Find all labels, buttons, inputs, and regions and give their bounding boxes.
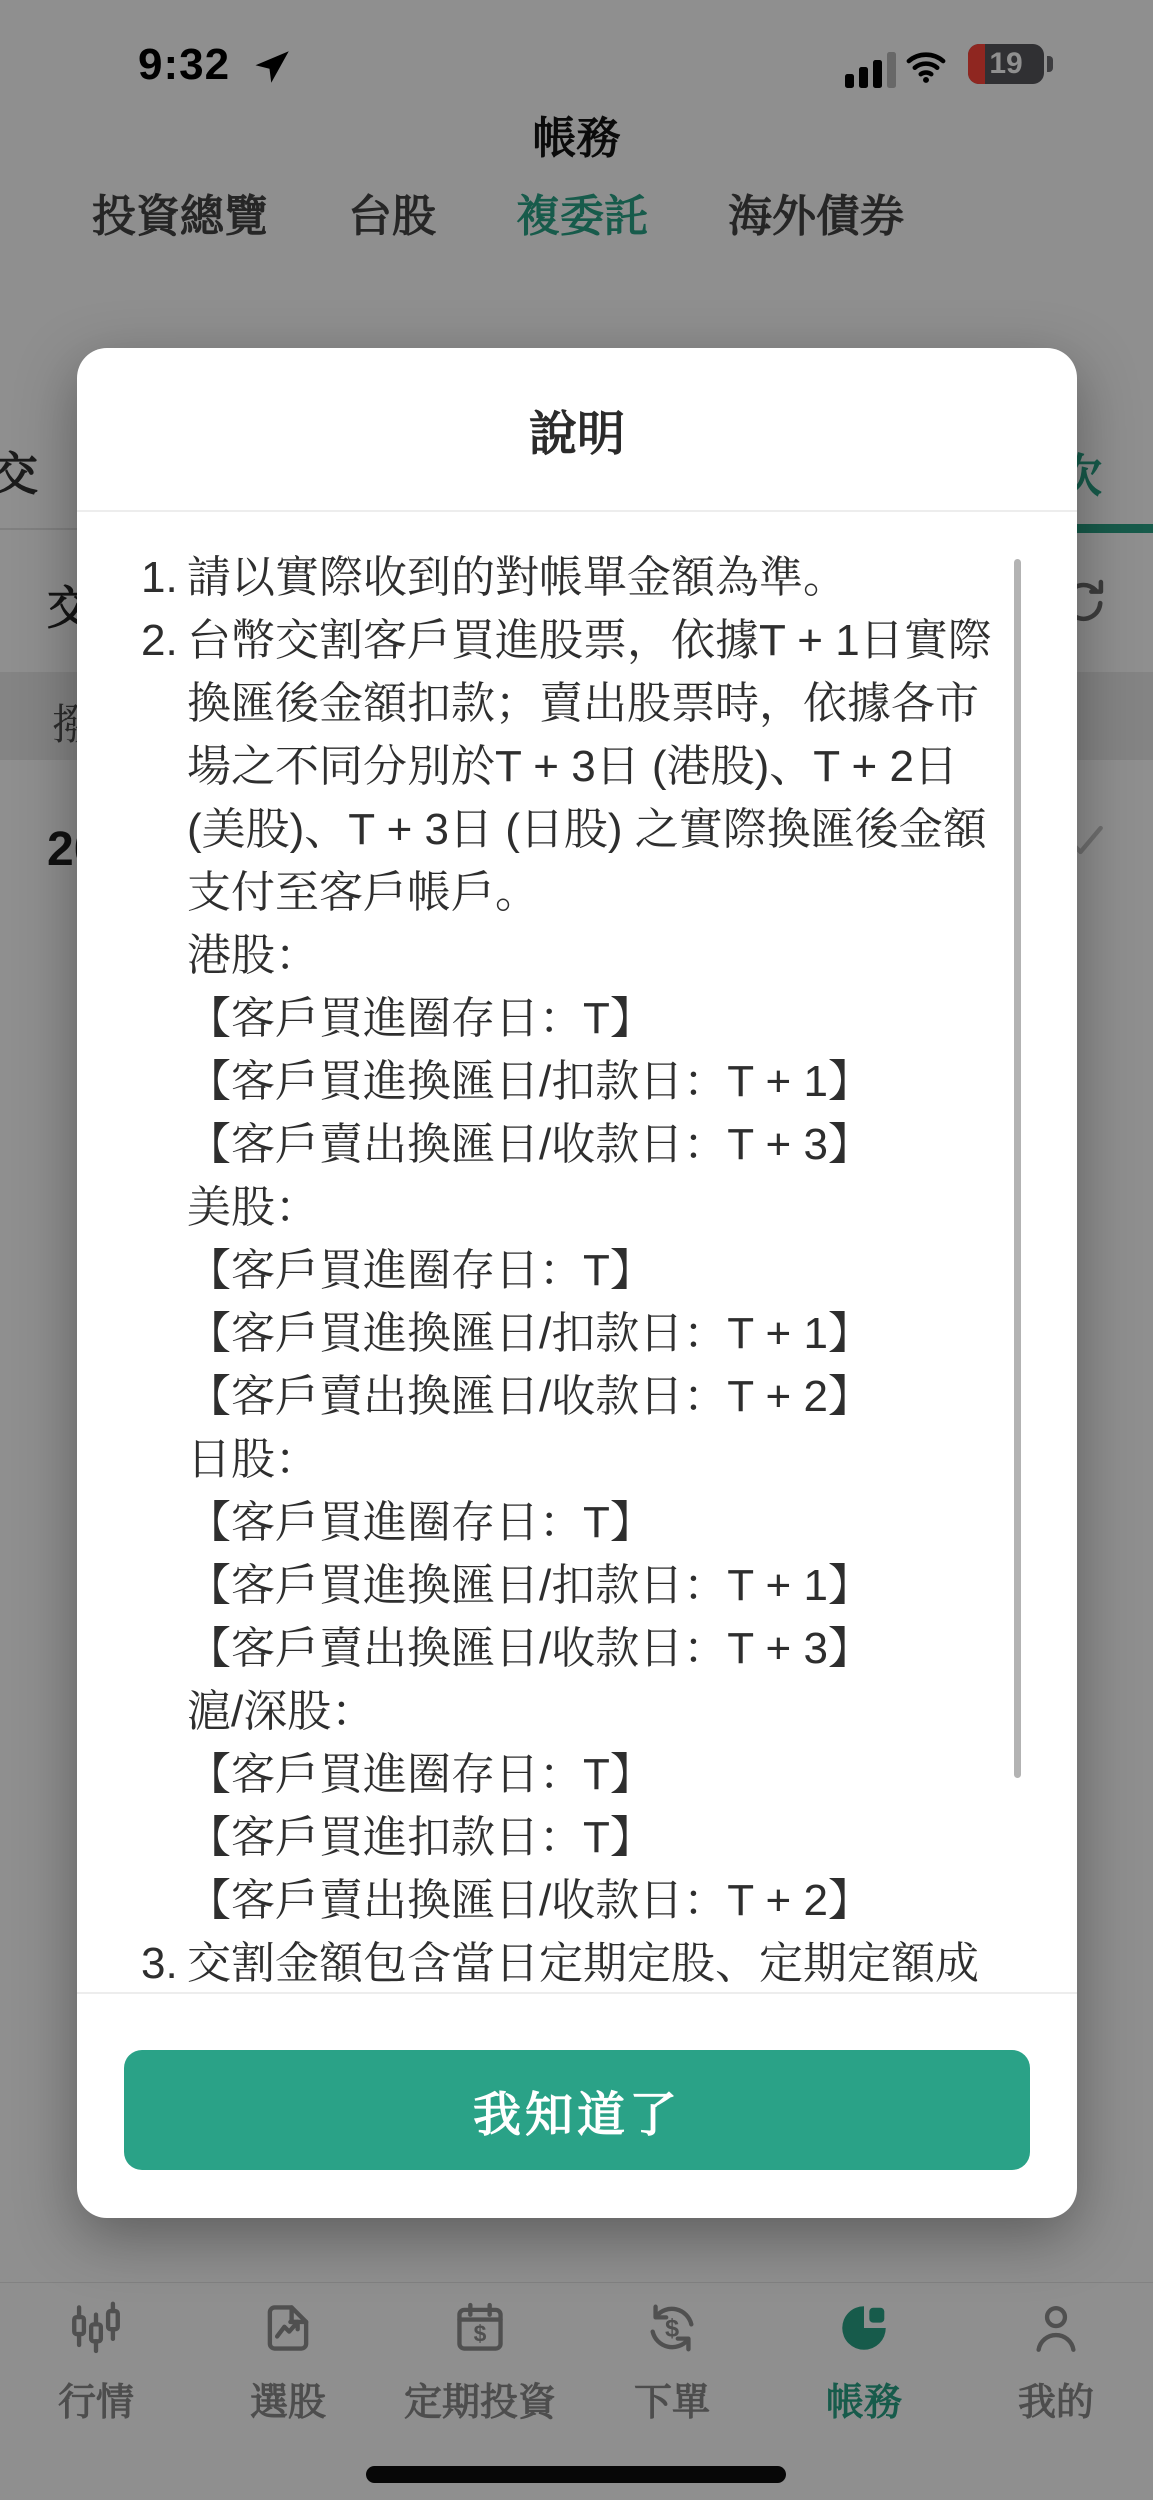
detail-line: 【客戶賣出換匯日/收款日：T + 3】 (187, 1617, 1011, 1680)
list-item-text: 交割金額包含當日定期定股、定期定額成交之交割金額。 (187, 1932, 1011, 1992)
modal-scrollbar[interactable] (1014, 559, 1021, 1778)
list-item: 1. 請以實際收到的對帳單金額為準。 (141, 546, 1011, 609)
explanation-modal: 說明 1. 請以實際收到的對帳單金額為準。 2. 台幣交割客戶買進股票，依據T … (77, 348, 1077, 2218)
detail-line: 【客戶賣出換匯日/收款日：T + 2】 (187, 1365, 1011, 1428)
list-item-text: 台幣交割客戶買進股票，依據T + 1日實際換匯後金額扣款；賣出股票時，依據各市場… (187, 609, 1011, 1932)
detail-line: 【客戶買進換匯日/扣款日：T + 1】 (187, 1302, 1011, 1365)
list-item-paragraph: 台幣交割客戶買進股票，依據T + 1日實際換匯後金額扣款；賣出股票時，依據各市場… (187, 609, 1011, 924)
detail-line: 【客戶賣出換匯日/收款日：T + 2】 (187, 1869, 1011, 1932)
detail-line: 美股： (187, 1176, 1011, 1239)
detail-line: 日股： (187, 1428, 1011, 1491)
list-item-number: 1. (141, 546, 187, 609)
detail-line: 【客戶買進換匯日/扣款日：T + 1】 (187, 1554, 1011, 1617)
detail-line: 【客戶買進圈存日：T】 (187, 1743, 1011, 1806)
detail-line: 【客戶買進換匯日/扣款日：T + 1】 (187, 1050, 1011, 1113)
detail-line: 【客戶買進扣款日：T】 (187, 1806, 1011, 1869)
detail-line: 【客戶買進圈存日：T】 (187, 987, 1011, 1050)
list-item-number: 3. (141, 1932, 187, 1992)
detail-line: 滬/深股： (187, 1680, 1011, 1743)
modal-title: 說明 (529, 395, 625, 464)
detail-line: 【客戶買進圈存日：T】 (187, 1491, 1011, 1554)
detail-line: 【客戶買進圈存日：T】 (187, 1239, 1011, 1302)
list-item-text: 請以實際收到的對帳單金額為準。 (187, 546, 1011, 609)
screen: 9:32 19 帳務 投資總覽 台股 複委託 (0, 0, 1153, 2500)
modal-header: 說明 (77, 348, 1077, 512)
detail-line: 【客戶賣出換匯日/收款日：T + 3】 (187, 1113, 1011, 1176)
list-item: 3. 交割金額包含當日定期定股、定期定額成交之交割金額。 (141, 1932, 1011, 1992)
list-item-number: 2. (141, 609, 187, 1932)
confirm-button[interactable]: 我知道了 (124, 2050, 1030, 2170)
list-item: 2. 台幣交割客戶買進股票，依據T + 1日實際換匯後金額扣款；賣出股票時，依據… (141, 609, 1011, 1932)
modal-scroll-area[interactable]: 1. 請以實際收到的對帳單金額為準。 2. 台幣交割客戶買進股票，依據T + 1… (77, 512, 1077, 1992)
detail-line: 港股： (187, 924, 1011, 987)
modal-footer: 我知道了 (77, 1992, 1077, 2218)
